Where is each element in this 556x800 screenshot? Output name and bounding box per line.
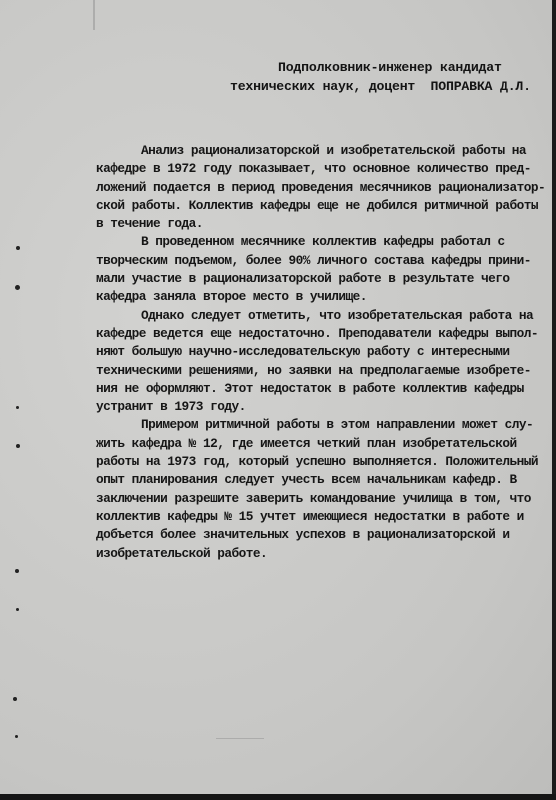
author-name: технических наук, доцент ПОПРАВКА Д.Л. [230,77,531,96]
text-line: устранит в 1973 году. [96,398,546,416]
text-line: техническими решениями, но заявки на пре… [96,362,546,380]
binder-hole-mark [15,285,20,290]
text-line: мали участие в рационализаторской работе… [96,270,546,288]
author-rank: Подполковник-инженер кандидат [278,58,502,77]
text-line: коллектив кафедры № 15 учтет имеющиеся н… [96,508,546,526]
text-line: кафедре ведется еще недостаточно. Препод… [96,325,546,343]
binder-hole-mark [15,569,19,573]
text-line: кафедра заняла второе место в училище. [96,288,546,306]
text-line: кафедре в 1972 году показывает, что осно… [96,160,546,178]
text-line: заключении разрешите заверить командован… [96,490,546,508]
binder-hole-mark [16,444,20,448]
paragraph: В проведенном месячнике коллектив кафедр… [96,233,546,306]
text-line: Анализ рационализаторской и изобретатель… [96,142,546,160]
text-line: добъется более значительных успехов в ра… [96,526,546,544]
text-line: творческим подъемом, более 90% личного с… [96,252,546,270]
paragraph: Однако следует отметить, что изобретател… [96,307,546,417]
paper-scuff [93,0,95,30]
paragraph: Примером ритмичной работы в этом направл… [96,416,546,562]
text-line: Примером ритмичной работы в этом направл… [96,416,546,434]
text-line: ской работы. Коллектив кафедры еще не до… [96,197,546,215]
text-line: работы на 1973 год, который успешно выпо… [96,453,546,471]
text-line: Однако следует отметить, что изобретател… [96,307,546,325]
paragraph: Анализ рационализаторской и изобретатель… [96,142,546,233]
binder-hole-mark [16,246,20,250]
binder-hole-mark [16,406,19,409]
binder-hole-mark [15,735,18,738]
text-line: няют большую научно-исследовательскую ра… [96,343,546,361]
scan-edge-bottom [0,794,556,800]
text-line: жить кафедра № 12, где имеется четкий пл… [96,435,546,453]
text-line: опыт планирования следует учесть всем на… [96,471,546,489]
text-line: В проведенном месячнике коллектив кафедр… [96,233,546,251]
paper-scuff [216,738,264,739]
document-body: Анализ рационализаторской и изобретатель… [96,142,546,563]
text-line: в течение года. [96,215,546,233]
text-line: ложений подается в период проведения мес… [96,179,546,197]
text-line: изобретательской работе. [96,545,546,563]
binder-hole-mark [13,697,17,701]
binder-hole-mark [16,608,19,611]
scan-edge-right [552,0,556,800]
text-line: ния не оформляют. Этот недостаток в рабо… [96,380,546,398]
document-page: Подполковник-инженер кандидат технически… [0,0,552,794]
